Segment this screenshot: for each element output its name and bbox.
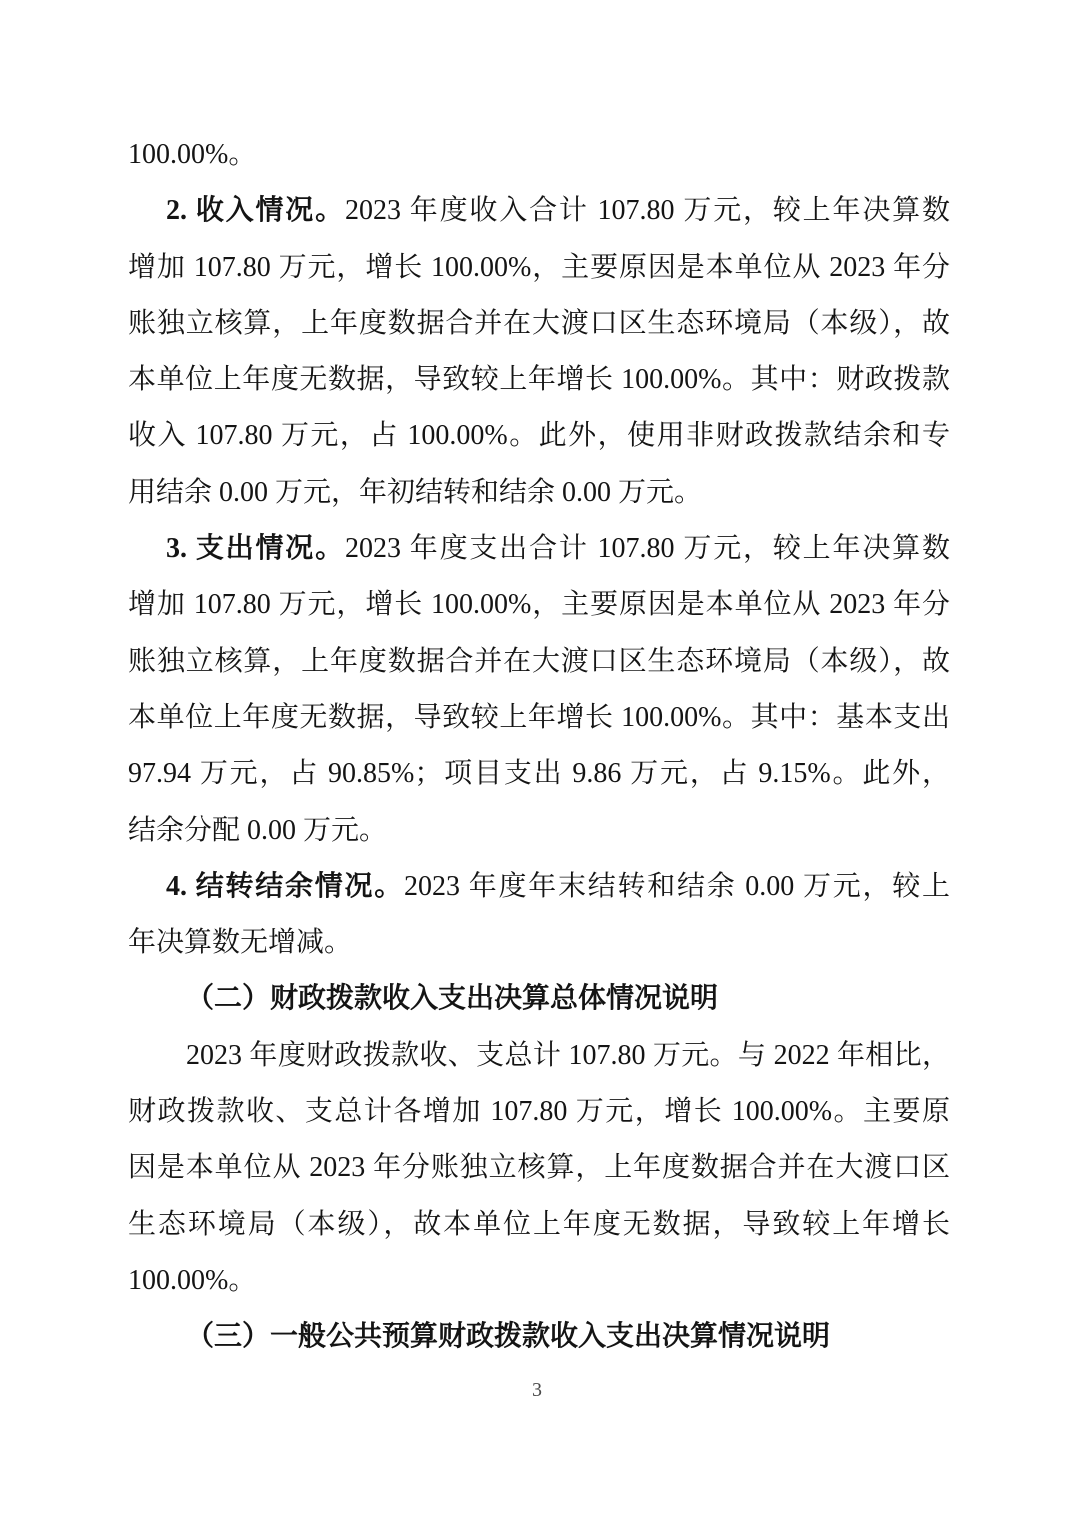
line-text: 年决算数无增减。	[128, 927, 352, 958]
line-text: 97.94 万元，占 90.85%；项目支出 9.86 万元，占 9.15%。此…	[128, 758, 950, 789]
line-text: 本单位上年度无数据，导致较上年增长 100.00%。其中：财政拨款	[128, 364, 950, 395]
line-text: 生态环境局（本级），故本单位上年度无数据，导致较上年增长	[128, 1209, 950, 1240]
body-text-line: 增加 107.80 万元，增长 100.00%，主要原因是本单位从 2023 年…	[128, 577, 950, 633]
line-text: 100.00%。	[128, 139, 256, 170]
item-3-heading-line: 3. 支出情况。2023 年度支出合计 107.80 万元，较上年决算数	[128, 521, 950, 577]
item-heading-lead: 4. 结转结余情况。	[166, 871, 404, 902]
line-text: 本单位上年度无数据，导致较上年增长 100.00%。其中：基本支出	[128, 702, 950, 733]
body-text-line: 本单位上年度无数据，导致较上年增长 100.00%。其中：财政拨款	[128, 352, 950, 408]
document-page: 100.00%。 2. 收入情况。2023 年度收入合计 107.80 万元，较…	[0, 0, 1074, 1520]
body-text-line: 100.00%。	[128, 1253, 950, 1309]
line-text: 2023 年度收入合计 107.80 万元，较上年决算数	[345, 195, 950, 226]
line-text: 账独立核算，上年度数据合并在大渡口区生态环境局（本级），故	[128, 646, 950, 677]
line-text: 增加 107.80 万元，增长 100.00%，主要原因是本单位从 2023 年…	[128, 589, 950, 620]
item-2-heading-line: 2. 收入情况。2023 年度收入合计 107.80 万元，较上年决算数	[128, 183, 950, 239]
line-text: 因是本单位从 2023 年分账独立核算，上年度数据合并在大渡口区	[128, 1152, 950, 1183]
section-heading-iii: （三）一般公共预算财政拨款收入支出决算情况说明	[128, 1309, 950, 1365]
body-text-line: 2023 年度财政拨款收、支总计 107.80 万元。与 2022 年相比，	[128, 1028, 950, 1084]
body-text-line: 增加 107.80 万元，增长 100.00%，主要原因是本单位从 2023 年…	[128, 240, 950, 296]
line-text: 用结余 0.00 万元，年初结转和结余 0.00 万元。	[128, 477, 702, 508]
body-text-line: 本单位上年度无数据，导致较上年增长 100.00%。其中：基本支出	[128, 690, 950, 746]
body-text-line: 用结余 0.00 万元，年初结转和结余 0.00 万元。	[128, 465, 950, 521]
document-body: 100.00%。 2. 收入情况。2023 年度收入合计 107.80 万元，较…	[128, 127, 950, 1366]
item-heading-lead: 2. 收入情况。	[166, 195, 345, 226]
body-text-line: 97.94 万元，占 90.85%；项目支出 9.86 万元，占 9.15%。此…	[128, 746, 950, 802]
section-heading-text: （三）一般公共预算财政拨款收入支出决算情况说明	[186, 1321, 830, 1352]
body-text-line: 收入 107.80 万元，占 100.00%。此外，使用非财政拨款结余和专	[128, 408, 950, 464]
body-text-line: 年决算数无增减。	[128, 915, 950, 971]
line-text: 2023 年度年末结转和结余 0.00 万元，较上	[404, 871, 950, 902]
body-text-line: 账独立核算，上年度数据合并在大渡口区生态环境局（本级），故	[128, 296, 950, 352]
section-heading-text: （二）财政拨款收入支出决算总体情况说明	[186, 983, 718, 1014]
body-text-line: 账独立核算，上年度数据合并在大渡口区生态环境局（本级），故	[128, 634, 950, 690]
line-text: 100.00%。	[128, 1265, 256, 1296]
item-4-heading-line: 4. 结转结余情况。2023 年度年末结转和结余 0.00 万元，较上	[128, 859, 950, 915]
line-text: 2023 年度支出合计 107.80 万元，较上年决算数	[345, 533, 950, 564]
body-text-line: 100.00%。	[128, 127, 950, 183]
line-text: 财政拨款收、支总计各增加 107.80 万元，增长 100.00%。主要原	[128, 1096, 950, 1127]
line-text: 结余分配 0.00 万元。	[128, 815, 387, 846]
body-text-line: 结余分配 0.00 万元。	[128, 803, 950, 859]
section-heading-ii: （二）财政拨款收入支出决算总体情况说明	[128, 971, 950, 1027]
line-text: 收入 107.80 万元，占 100.00%。此外，使用非财政拨款结余和专	[128, 420, 950, 451]
body-text-line: 生态环境局（本级），故本单位上年度无数据，导致较上年增长	[128, 1197, 950, 1253]
line-text: 2023 年度财政拨款收、支总计 107.80 万元。与 2022 年相比，	[186, 1040, 950, 1071]
line-text: 账独立核算，上年度数据合并在大渡口区生态环境局（本级），故	[128, 308, 950, 339]
body-text-line: 因是本单位从 2023 年分账独立核算，上年度数据合并在大渡口区	[128, 1140, 950, 1196]
page-number: 3	[0, 1376, 1074, 1404]
line-text: 增加 107.80 万元，增长 100.00%，主要原因是本单位从 2023 年…	[128, 252, 950, 283]
body-text-line: 财政拨款收、支总计各增加 107.80 万元，增长 100.00%。主要原	[128, 1084, 950, 1140]
item-heading-lead: 3. 支出情况。	[166, 533, 345, 564]
